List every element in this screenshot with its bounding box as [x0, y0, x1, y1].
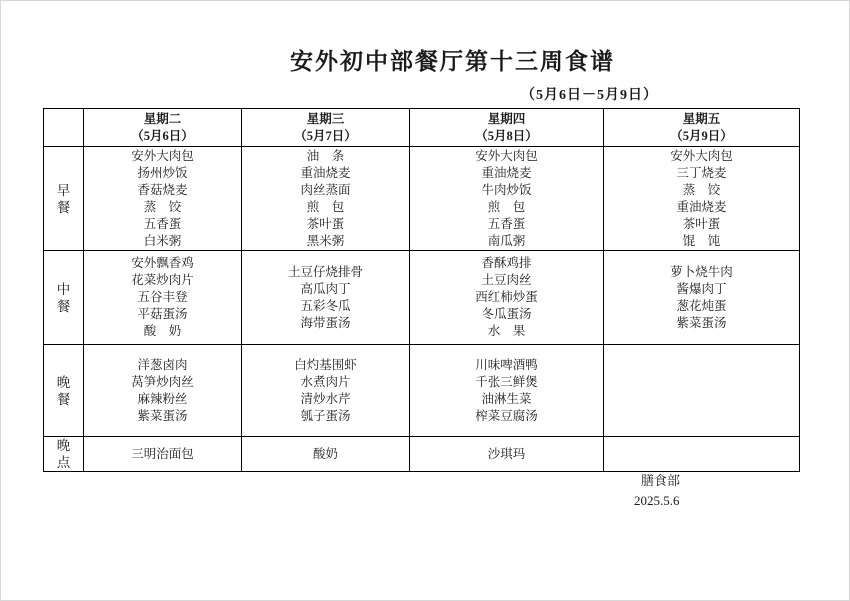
table-row: 早餐安外大肉包扬州炒饭香菇烧麦蒸 饺五香蛋白米粥油 条重油烧麦肉丝蒸面煎 包茶叶… [44, 147, 800, 251]
dish-item: 水煮肉片 [242, 374, 409, 391]
dish-item: 重油烧麦 [604, 199, 799, 216]
dish-item: 蒸 饺 [84, 199, 241, 216]
day-name: 星期五 [604, 111, 799, 128]
menu-cell: 三明治面包 [84, 437, 242, 472]
menu-cell: 土豆仔烧排骨高瓜肉丁五彩冬瓜海带蛋汤 [242, 251, 410, 345]
menu-cell: 安外大肉包三丁烧麦蒸 饺重油烧麦茶叶蛋馄 饨 [604, 147, 800, 251]
column-header-tuesday: 星期二 （5月6日） [84, 109, 242, 147]
footer: 膳食部 2025.5.6 [634, 471, 680, 511]
dish-item: 五香蛋 [84, 216, 241, 233]
dish-item: 土豆仔烧排骨 [242, 264, 409, 281]
dish-item: 洋葱卤肉 [84, 357, 241, 374]
day-name: 星期四 [410, 111, 603, 128]
menu-cell: 白灼基围虾水煮肉片清炒水芹瓠子蛋汤 [242, 345, 410, 437]
dish-item: 川味啤酒鸭 [410, 357, 603, 374]
dish-item: 白灼基围虾 [242, 357, 409, 374]
column-header-thursday: 星期四 （5月8日） [410, 109, 604, 147]
dish-item: 牛肉炒饭 [410, 182, 603, 199]
dish-item: 安外大肉包 [84, 148, 241, 165]
menu-cell [604, 437, 800, 472]
day-date: （5月9日） [604, 128, 799, 145]
page-subtitle: （5月6日－5月9日） [1, 84, 849, 104]
document-page: 安外初中部餐厅第十三周食谱 （5月6日－5月9日） 星期二 （5月6日） 星期三… [0, 0, 850, 601]
dish-item: 香酥鸡排 [410, 255, 603, 272]
dish-item: 馄 饨 [604, 233, 799, 250]
dish-item: 油淋生菜 [410, 391, 603, 408]
dish-item: 紫菜蛋汤 [84, 408, 241, 425]
dish-item: 白米粥 [84, 233, 241, 250]
dish-item: 煎 包 [410, 199, 603, 216]
menu-cell: 安外飘香鸡花菜炒肉片五谷丰登平菇蛋汤酸 奶 [84, 251, 242, 345]
dish-item: 土豆肉丝 [410, 272, 603, 289]
dish-item: 葱花炖蛋 [604, 298, 799, 315]
table-row: 晚点三明治面包酸奶沙琪玛 [44, 437, 800, 472]
dish-item: 五香蛋 [410, 216, 603, 233]
dish-item: 沙琪玛 [410, 446, 603, 463]
menu-table: 星期二 （5月6日） 星期三 （5月7日） 星期四 （5月8日） 星期五 （5月… [43, 108, 800, 472]
corner-cell [44, 109, 84, 147]
dish-item: 平菇蛋汤 [84, 306, 241, 323]
dish-item: 海带蛋汤 [242, 315, 409, 332]
meal-label: 早餐 [44, 147, 84, 251]
day-name: 星期二 [84, 111, 241, 128]
table-row: 中餐安外飘香鸡花菜炒肉片五谷丰登平菇蛋汤酸 奶土豆仔烧排骨高瓜肉丁五彩冬瓜海带蛋… [44, 251, 800, 345]
dish-item: 肉丝蒸面 [242, 182, 409, 199]
dish-item: 香菇烧麦 [84, 182, 241, 199]
dish-item: 五谷丰登 [84, 289, 241, 306]
dish-item: 茶叶蛋 [242, 216, 409, 233]
dish-item: 高瓜肉丁 [242, 281, 409, 298]
dish-item: 五彩冬瓜 [242, 298, 409, 315]
day-date: （5月7日） [242, 128, 409, 145]
dish-item: 南瓜粥 [410, 233, 603, 250]
dish-item: 花菜炒肉片 [84, 272, 241, 289]
dish-item: 三明治面包 [84, 446, 241, 463]
day-date: （5月8日） [410, 128, 603, 145]
menu-cell: 川味啤酒鸭千张三鲜煲油淋生菜榨菜豆腐汤 [410, 345, 604, 437]
menu-cell: 香酥鸡排土豆肉丝西红柿炒蛋冬瓜蛋汤水 果 [410, 251, 604, 345]
dish-item: 安外大肉包 [410, 148, 603, 165]
day-name: 星期三 [242, 111, 409, 128]
meal-label: 中餐 [44, 251, 84, 345]
dish-item: 安外大肉包 [604, 148, 799, 165]
dish-item: 安外飘香鸡 [84, 255, 241, 272]
dish-item: 茶叶蛋 [604, 216, 799, 233]
dish-item: 油 条 [242, 148, 409, 165]
dish-item: 紫菜蛋汤 [604, 315, 799, 332]
meal-label: 晚餐 [44, 345, 84, 437]
dish-item: 酸奶 [242, 446, 409, 463]
menu-cell [604, 345, 800, 437]
page-title: 安外初中部餐厅第十三周食谱 [1, 43, 849, 76]
dish-item: 瓠子蛋汤 [242, 408, 409, 425]
dish-item: 三丁烧麦 [604, 165, 799, 182]
menu-cell: 油 条重油烧麦肉丝蒸面煎 包茶叶蛋黑米粥 [242, 147, 410, 251]
dish-item: 榨菜豆腐汤 [410, 408, 603, 425]
column-header-wednesday: 星期三 （5月7日） [242, 109, 410, 147]
dish-item: 冬瓜蛋汤 [410, 306, 603, 323]
dish-item: 水 果 [410, 323, 603, 340]
dish-item: 煎 包 [242, 199, 409, 216]
menu-cell: 安外大肉包扬州炒饭香菇烧麦蒸 饺五香蛋白米粥 [84, 147, 242, 251]
day-date: （5月6日） [84, 128, 241, 145]
dish-item: 重油烧麦 [410, 165, 603, 182]
dish-item: 西红柿炒蛋 [410, 289, 603, 306]
dish-item: 莴笋炒肉丝 [84, 374, 241, 391]
menu-cell: 酸奶 [242, 437, 410, 472]
dish-item: 重油烧麦 [242, 165, 409, 182]
dish-item: 清炒水芹 [242, 391, 409, 408]
header-row: 星期二 （5月6日） 星期三 （5月7日） 星期四 （5月8日） 星期五 （5月… [44, 109, 800, 147]
dish-item: 千张三鲜煲 [410, 374, 603, 391]
dish-item: 酱爆肉丁 [604, 281, 799, 298]
dish-item: 萝卜烧牛肉 [604, 264, 799, 281]
dish-item: 扬州炒饭 [84, 165, 241, 182]
dish-item: 黑米粥 [242, 233, 409, 250]
menu-cell: 洋葱卤肉莴笋炒肉丝麻辣粉丝紫菜蛋汤 [84, 345, 242, 437]
dish-item: 蒸 饺 [604, 182, 799, 199]
column-header-friday: 星期五 （5月9日） [604, 109, 800, 147]
dish-item: 麻辣粉丝 [84, 391, 241, 408]
menu-cell: 萝卜烧牛肉酱爆肉丁葱花炖蛋紫菜蛋汤 [604, 251, 800, 345]
menu-cell: 沙琪玛 [410, 437, 604, 472]
table-row: 晚餐洋葱卤肉莴笋炒肉丝麻辣粉丝紫菜蛋汤白灼基围虾水煮肉片清炒水芹瓠子蛋汤川味啤酒… [44, 345, 800, 437]
menu-table-body: 早餐安外大肉包扬州炒饭香菇烧麦蒸 饺五香蛋白米粥油 条重油烧麦肉丝蒸面煎 包茶叶… [44, 147, 800, 472]
dish-item: 酸 奶 [84, 323, 241, 340]
menu-cell: 安外大肉包重油烧麦牛肉炒饭煎 包五香蛋南瓜粥 [410, 147, 604, 251]
footer-department: 膳食部 [634, 471, 680, 491]
meal-label: 晚点 [44, 437, 84, 472]
footer-date: 2025.5.6 [634, 491, 680, 511]
